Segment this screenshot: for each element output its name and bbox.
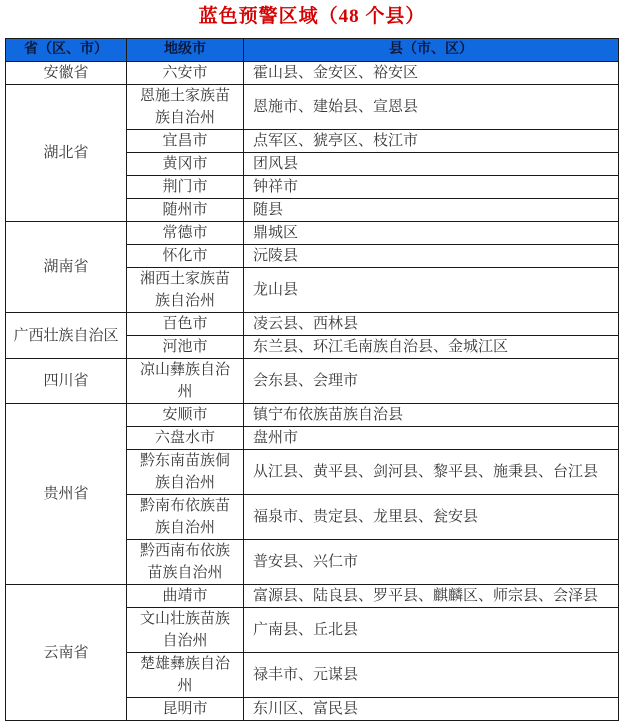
city-cell: 怀化市: [127, 245, 244, 268]
province-cell: 湖北省: [6, 85, 127, 222]
city-cell: 楚雄彝族自治州: [127, 653, 244, 698]
county-cell: 钟祥市: [244, 176, 619, 199]
county-cell: 东兰县、环江毛南族自治县、金城江区: [244, 336, 619, 359]
table-row: 广西壮族自治区百色市凌云县、西林县: [6, 313, 619, 336]
city-cell: 随州市: [127, 199, 244, 222]
county-cell: 从江县、黄平县、剑河县、黎平县、施秉县、台江县: [244, 450, 619, 495]
county-cell: 禄丰市、元谋县: [244, 653, 619, 698]
county-cell: 普安县、兴仁市: [244, 540, 619, 585]
city-cell: 黄冈市: [127, 153, 244, 176]
county-cell: 富源县、陆良县、罗平县、麒麟区、师宗县、会泽县: [244, 585, 619, 608]
city-cell: 黔南布依族苗族自治州: [127, 495, 244, 540]
city-cell: 六安市: [127, 62, 244, 85]
county-cell: 霍山县、金安区、裕安区: [244, 62, 619, 85]
city-cell: 河池市: [127, 336, 244, 359]
county-cell: 广南县、丘北县: [244, 608, 619, 653]
table-row: 云南省曲靖市富源县、陆良县、罗平县、麒麟区、师宗县、会泽县: [6, 585, 619, 608]
header-row: 省（区、市） 地级市 县（市、区）: [6, 39, 619, 62]
province-cell: 四川省: [6, 359, 127, 404]
page-title: 蓝色预警区域（48 个县）: [5, 5, 619, 29]
table-row: 湖北省恩施土家族苗族自治州恩施市、建始县、宣恩县: [6, 85, 619, 130]
table-header: 省（区、市） 地级市 县（市、区）: [6, 39, 619, 62]
table-row: 安徽省六安市霍山县、金安区、裕安区: [6, 62, 619, 85]
table-body: 安徽省六安市霍山县、金安区、裕安区湖北省恩施土家族苗族自治州恩施市、建始县、宣恩…: [6, 62, 619, 721]
city-cell: 常德市: [127, 222, 244, 245]
city-cell: 荆门市: [127, 176, 244, 199]
table-row: 四川省凉山彝族自治州会东县、会理市: [6, 359, 619, 404]
county-cell: 盘州市: [244, 427, 619, 450]
city-cell: 六盘水市: [127, 427, 244, 450]
province-cell: 云南省: [6, 585, 127, 721]
county-cell: 沅陵县: [244, 245, 619, 268]
county-cell: 福泉市、贵定县、龙里县、瓮安县: [244, 495, 619, 540]
city-cell: 宜昌市: [127, 130, 244, 153]
county-cell: 镇宁布依族苗族自治县: [244, 404, 619, 427]
province-cell: 湖南省: [6, 222, 127, 313]
county-cell: 点军区、猇亭区、枝江市: [244, 130, 619, 153]
city-cell: 湘西土家族苗族自治州: [127, 268, 244, 313]
county-cell: 恩施市、建始县、宣恩县: [244, 85, 619, 130]
table-row: 贵州省安顺市镇宁布依族苗族自治县: [6, 404, 619, 427]
county-cell: 会东县、会理市: [244, 359, 619, 404]
city-cell: 黔东南苗族侗族自治州: [127, 450, 244, 495]
table-row: 湖南省常德市鼎城区: [6, 222, 619, 245]
city-cell: 黔西南布依族苗族自治州: [127, 540, 244, 585]
city-cell: 恩施土家族苗族自治州: [127, 85, 244, 130]
city-cell: 文山壮族苗族自治州: [127, 608, 244, 653]
page: 蓝色预警区域（48 个县） 省（区、市） 地级市 县（市、区） 安徽省六安市霍山…: [0, 0, 624, 726]
province-cell: 贵州省: [6, 404, 127, 585]
county-cell: 龙山县: [244, 268, 619, 313]
province-cell: 安徽省: [6, 62, 127, 85]
county-cell: 随县: [244, 199, 619, 222]
header-city: 地级市: [127, 39, 244, 62]
header-province: 省（区、市）: [6, 39, 127, 62]
blue-warning-table: 省（区、市） 地级市 县（市、区） 安徽省六安市霍山县、金安区、裕安区湖北省恩施…: [5, 38, 619, 721]
county-cell: 鼎城区: [244, 222, 619, 245]
header-county: 县（市、区）: [244, 39, 619, 62]
city-cell: 曲靖市: [127, 585, 244, 608]
city-cell: 昆明市: [127, 698, 244, 721]
county-cell: 东川区、富民县: [244, 698, 619, 721]
province-cell: 广西壮族自治区: [6, 313, 127, 359]
city-cell: 凉山彝族自治州: [127, 359, 244, 404]
city-cell: 百色市: [127, 313, 244, 336]
city-cell: 安顺市: [127, 404, 244, 427]
county-cell: 团风县: [244, 153, 619, 176]
county-cell: 凌云县、西林县: [244, 313, 619, 336]
